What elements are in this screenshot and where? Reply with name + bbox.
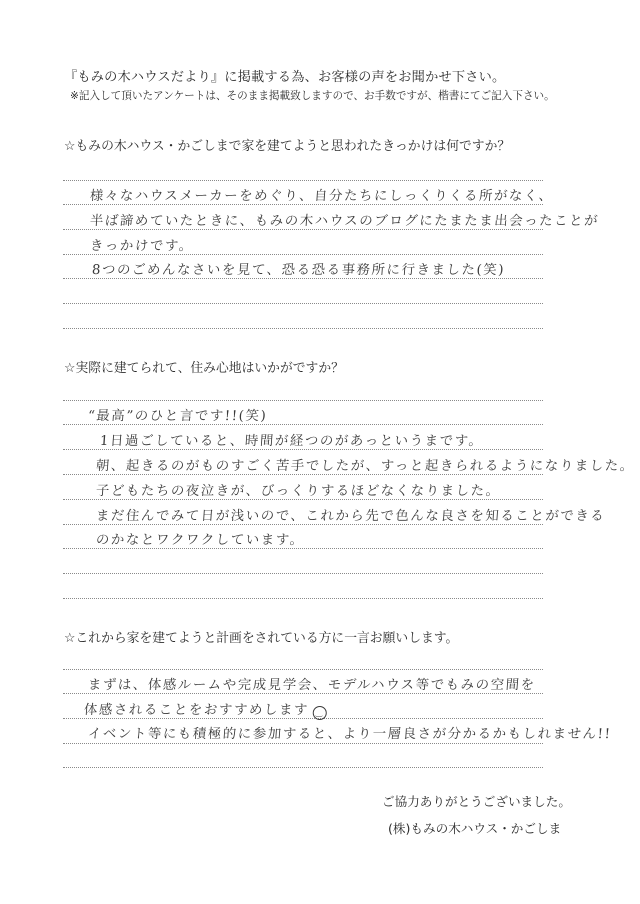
- answer-1-line-2: 半ば諦めていたときに、もみの木ハウスのブログにたまたま出会ったことが: [89, 210, 600, 229]
- ruled-line: [63, 499, 543, 500]
- answer-2-line-1: “最高”のひと言です!!(笑): [87, 405, 268, 424]
- ruled-line: [63, 254, 543, 255]
- answer-2-line-2: 1日過ごしていると、時間が経つのがあっというまです。: [99, 430, 484, 449]
- ruled-line: [63, 278, 543, 279]
- ruled-line: [63, 743, 543, 744]
- ruled-line: [63, 669, 543, 670]
- answer-3-line-1: まずは、体感ルームや完成見学会、モデルハウス等でもみの空間を: [87, 674, 536, 693]
- header-title: 『もみの木ハウスだより』に掲載する為、お客様の声をお聞かせ下さい。: [64, 66, 505, 85]
- ruled-line: [63, 303, 543, 304]
- answer-1-line-1: 様々なハウスメーカーをめぐり、自分たちにしっくりくる所がなく、: [89, 185, 554, 204]
- ruled-line: [63, 424, 543, 425]
- ruled-line: [63, 180, 543, 181]
- footer-thanks: ご協力ありがとうございました。: [382, 791, 571, 810]
- answer-1-line-4: 8つのごめんなさいを見て、恐る恐る事務所に行きました(笑): [91, 259, 506, 278]
- question-2: ☆実際に建てられて、住み心地はいかがですか？: [64, 357, 344, 376]
- ruled-line: [63, 548, 543, 549]
- question-3: ☆これから家を建てようと計画をされている方に一言お願いします。: [64, 627, 458, 646]
- answer-1-line-3: きっかけです。: [89, 235, 194, 254]
- smiley-icon: ‿: [313, 706, 327, 720]
- ruled-line: [63, 328, 543, 329]
- answer-3-line-2-wrap: 体感されることをおすすめします‿: [83, 699, 327, 720]
- ruled-line: [63, 693, 543, 694]
- footer-company: (株)もみの木ハウス・かごしま: [388, 818, 561, 837]
- answer-2-line-3: 朝、起きるのがものすごく苦手でしたが、すっと起きられるようになりました。: [95, 455, 635, 474]
- answer-2-line-5: まだ住んでみて日が浅いので、これから先で色んな良さを知ることができる: [95, 505, 606, 524]
- ruled-line: [63, 449, 543, 450]
- answer-3-line-2: 体感されることをおすすめします: [83, 703, 309, 718]
- question-1: ☆もみの木ハウス・かごしまで家を建てようと思われたきっかけは何ですか？: [64, 135, 510, 154]
- ruled-line: [63, 573, 543, 574]
- ruled-line: [63, 204, 543, 205]
- header-note: ※記入して頂いたアンケートは、そのまま掲載致しますので、お手数ですが、楷書にてご…: [70, 88, 555, 103]
- ruled-line: [63, 400, 543, 401]
- ruled-line: [63, 474, 543, 475]
- ruled-line: [63, 767, 543, 768]
- answer-2-line-4: 子どもたちの夜泣きが、びっくりするほどなくなりました。: [95, 480, 501, 499]
- answer-2-line-6: のかなとワクワクしています。: [95, 529, 305, 548]
- ruled-line: [63, 524, 543, 525]
- ruled-line: [63, 229, 543, 230]
- ruled-line: [63, 598, 543, 599]
- answer-3-line-3: イベント等にも積極的に参加すると、より一層良さが分かるかもしれません!!: [87, 723, 612, 742]
